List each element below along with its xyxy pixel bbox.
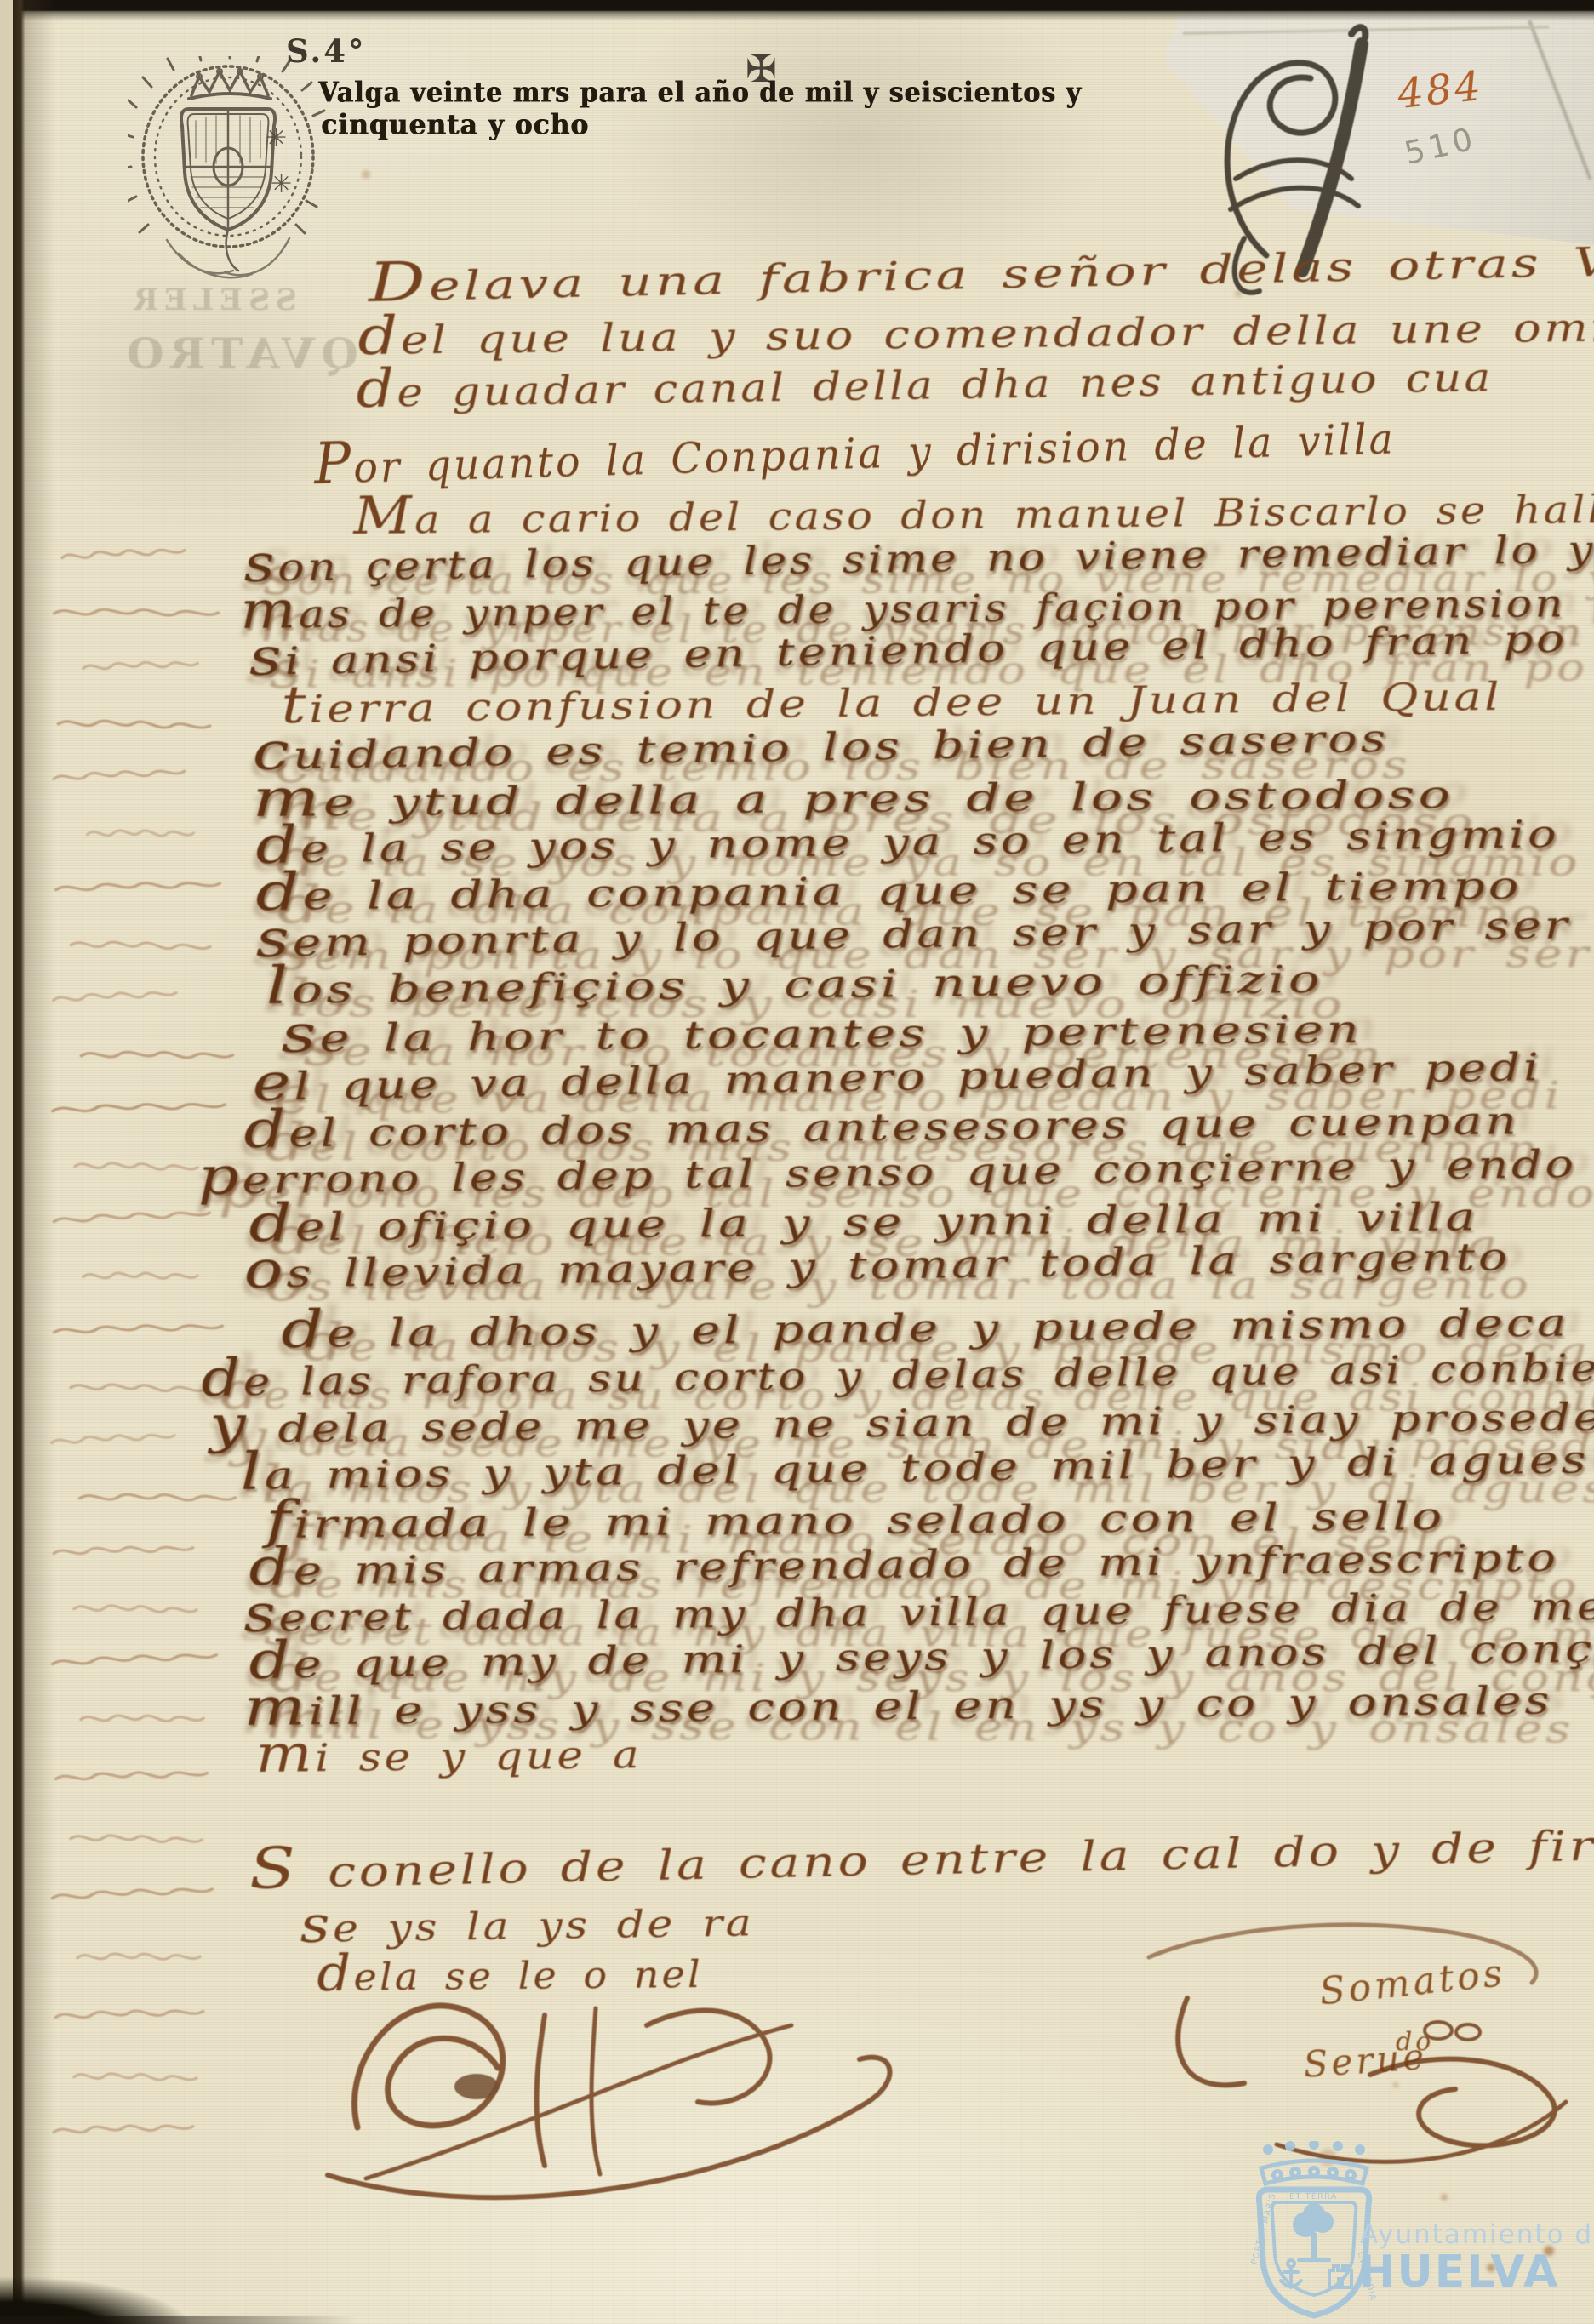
verso-ink-scribble <box>78 1042 236 1071</box>
gutter-shadow <box>26 0 55 2324</box>
verso-ink-scribble <box>85 821 197 848</box>
verso-ink-scribble <box>49 1879 215 1910</box>
verso-ink-scribble <box>54 711 213 741</box>
manuscript-line: mi se y que a <box>255 1721 643 1784</box>
watermark-city-label: HUELVA <box>1358 2247 1559 2298</box>
stamp-fleuron-icon: ✳ <box>266 123 287 153</box>
verso-ink-scribble <box>71 1153 200 1183</box>
bleedthrough-text: QVATRO <box>121 328 358 379</box>
stamp-fleuron-icon: ✳ <box>271 169 292 199</box>
verso-ink-scribble <box>51 1538 196 1566</box>
verso-ink-scribble <box>51 1316 226 1345</box>
scan-edge-bottom-left <box>0 2230 272 2324</box>
aging-stain <box>1441 2194 1448 2201</box>
manuscript-line: S conello de la cano entre la cal do y d… <box>249 1808 1594 1902</box>
verso-ink-scribble <box>50 983 179 1013</box>
verso-ink-scribble <box>51 2116 196 2144</box>
verso-ink-scribble <box>75 1944 203 1973</box>
verso-ink-scribble <box>71 1596 199 1625</box>
verso-ink-scribble <box>51 600 221 628</box>
scan-edge-left <box>13 0 26 2324</box>
verso-ink-scribble <box>77 1485 238 1513</box>
top-right-paper-fold <box>1164 5 1594 260</box>
verso-ink-scribble <box>50 1202 213 1234</box>
verso-ink-scribble <box>49 1645 220 1676</box>
printed-stamp-text-line1: Valga veinte mrs para el año de mil y se… <box>318 77 1082 110</box>
scan-edge-bottom <box>0 2316 357 2324</box>
verso-ink-scribble <box>59 540 187 570</box>
verso-ink-scribble <box>67 932 213 962</box>
verso-ink-scribble <box>67 1374 209 1405</box>
watermark-org-label: Ayuntamiento de <box>1360 2219 1594 2250</box>
aging-stain <box>1393 2082 1398 2087</box>
manuscript-scan-page: SSELER QVATRO ✳ ✳ <box>0 0 1594 2324</box>
verso-ink-scribble <box>78 1706 207 1734</box>
signature-text: Somatos <box>1317 1951 1507 2014</box>
scan-edge-top <box>0 0 1594 20</box>
motto-top: ET·TERRA <box>1289 2192 1337 2201</box>
verso-ink-scribble <box>50 761 187 791</box>
sello-class-label: S.4° <box>286 32 367 70</box>
verso-ink-scribble <box>81 1264 201 1291</box>
verso-ink-scribble <box>67 1825 204 1856</box>
verso-ink-scribble <box>53 874 223 902</box>
signature-text: Serue <box>1302 2036 1429 2086</box>
manuscript-line: dela se le o nel <box>317 1941 703 2003</box>
printed-stamp-text-line2: cinquenta y ocho <box>321 109 589 142</box>
verso-ink-scribble <box>49 1094 228 1123</box>
folio-number-ink: 484 <box>1395 62 1485 118</box>
verso-ink-scribble <box>53 1763 210 1791</box>
verso-ink-scribble <box>49 1425 177 1455</box>
verso-ink-scribble <box>81 654 201 681</box>
verso-ink-scribble <box>71 2064 199 2093</box>
verso-ink-scribble <box>53 2001 206 2030</box>
adjacent-page-edge <box>0 0 13 2324</box>
